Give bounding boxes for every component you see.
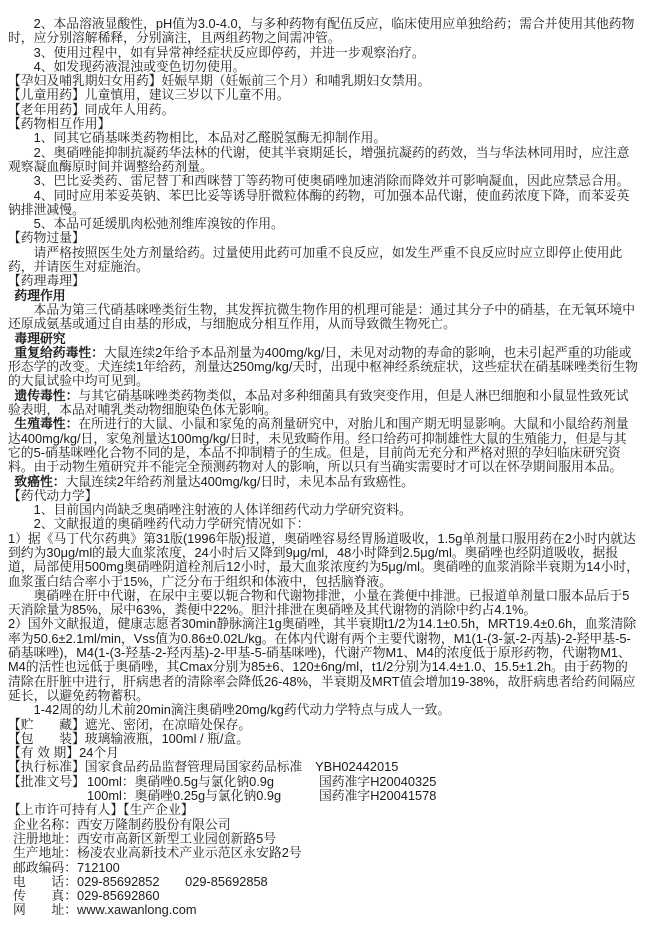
subhead-pharmacology: 药理作用 [8,289,639,303]
pk-item-1: 1、目前国内尚缺乏奥硝唑注射液的人体详细药代动力学研究资料。 [8,503,639,517]
section-pharmacokinetics: 【药代动力学】 [8,489,639,503]
company-name-line: 企业名称：西安万隆制药股份有限公司 [8,818,639,832]
section-children: 【儿童用药】儿童慎用，建议三岁以下儿童不用。 [8,88,639,102]
fax-line: 传 真：029-85692860 [8,889,639,903]
toxicity-genetic-label: 遗传毒性： [14,388,78,403]
approval-row-2: 100ml：奥硝唑0.25g与氯化钠0.9g国药准字H20041578 [8,789,639,803]
section-overdose: 【药物过量】 [8,231,639,245]
toxicity-genetic-text: 与其它硝基咪唑类药物类似，本品对多种细菌具有致突变作用，但是人淋巴细胞和小鼠显性… [8,388,629,417]
approval-row-1: 【批准文号】100ml：奥硝唑0.5g与氯化钠0.9g国药准字H20040325 [8,775,639,789]
interaction-item-5: 5、本品可延缓肌肉松弛剂维库溴铵的作用。 [8,217,639,231]
postcode-line: 邮政编码：712100 [8,861,639,875]
precaution-item-4: 4、如发现药液混浊或变色切勿使用。 [8,60,639,74]
section-drug-interactions: 【药物相互作用】 [8,117,639,131]
approval-spec: 100ml：奥硝唑0.25g与氯化钠0.9g [87,789,319,803]
pk-item-2: 2、文献报道的奥硝唑药代动力学研究情况如下： [8,517,639,531]
approval-label: 【批准文号】 [8,775,87,789]
toxicity-repeated-dose: 重复给药毒性：大鼠连续2年给予本品剂量为400mg/kg/日，未见对动物的寿命的… [8,346,639,389]
toxicity-reproductive-label: 生殖毒性： [14,416,78,431]
precaution-item-2: 2、本品溶液显酸性，pH值为3.0-4.0，与多种药物有配伍反应，临床使用应单独… [8,17,639,46]
section-pharmacology-toxicology: 【药理毒理】 [8,274,639,288]
validity-line: 【有 效 期】24个月 [8,746,639,760]
toxicity-repeated-dose-label: 重复给药毒性： [14,345,104,360]
interaction-item-2: 2、奥硝唑能抑制抗凝药华法林的代谢，使其半衰期延长，增强抗凝药的药效，当与华法林… [8,146,639,175]
approval-number: 国药准字H20040325 [319,775,639,789]
interaction-item-3: 3、巴比妥类药、雷尼替丁和西咪替丁等药物可使奥硝唑加速消除而降效并可影响凝血，因… [8,174,639,188]
subhead-toxicology: 毒理研究 [8,332,639,346]
pk-children-text: 1-42周的幼儿术前20min滴注奥硝唑20mg/kg药代动力学特点与成人一致。 [8,703,639,717]
website-line: 网 址：www.xawanlong.com [8,903,639,917]
registered-address-line: 注册地址：西安市高新区新型工业园创新路5号 [8,832,639,846]
pharmacology-text: 本品为第三代硝基咪唑类衍生物，其发挥抗微生物作用的机理可能是：通过其分子中的硝基… [8,303,639,332]
toxicity-genetic: 遗传毒性：与其它硝基咪唑类药物类似，本品对多种细菌具有致突变作用，但是人淋巴细胞… [8,389,639,418]
storage-line: 【贮 藏】遮光、密闭，在凉暗处保存。 [8,718,639,732]
package-line: 【包 装】玻璃输液瓶，100ml / 瓶/盒。 [8,732,639,746]
toxicity-reproductive-text: 在所进行的大鼠、小鼠和家兔的高剂量研究中，对胎儿和围产期无明显影响。大鼠和小鼠给… [8,416,629,474]
toxicity-carcinogenic-label: 致癌性： [14,474,65,489]
section-pregnancy-nursing: 【孕妇及哺乳期妇女用药】妊娠早期（妊娠前三个月）和哺乳期妇女禁用。 [8,74,639,88]
toxicity-carcinogenic: 致癌性：大鼠连续2年给药剂量达400mg/kg/日时，未见本品有致癌性。 [8,475,639,489]
pk-reference-2: 2）国外文献报道，健康志愿者30min静脉滴注1g奥硝唑，其半衰期t1/2为14… [8,617,639,703]
approval-spec: 100ml：奥硝唑0.5g与氯化钠0.9g [87,775,319,789]
toxicity-reproductive: 生殖毒性：在所进行的大鼠、小鼠和家兔的高剂量研究中，对胎儿和围产期无明显影响。大… [8,417,639,474]
overdose-text: 请严格按照医生处方剂量给药。过量使用此药可加重不良反应，如发生严重不良反应时应立… [8,246,639,275]
standard-line: 【执行标准】国家食品药品监督管理局国家药品标准 YBH02442015 [8,760,639,774]
pk-reference-1: 1）据《马丁代尔药典》第31版(1996年版)报道，奥硝唑容易经胃肠道吸收，1.… [8,532,639,589]
interaction-item-4: 4、同时应用苯妥英钠、苯巴比妥等诱导肝微粒体酶的药物，可加强本品代谢，使血药浓度… [8,189,639,218]
production-address-line: 生产地址：杨凌农业高新技术产业示范区永安路2号 [8,846,639,860]
section-elderly: 【老年用药】同成年人用药。 [8,103,639,117]
holder-manufacturer-line: 【上市许可持有人】【生产企业】 [8,803,639,817]
precaution-item-3: 3、使用过程中，如有异常神经症状反应即停药，并进一步观察治疗。 [8,46,639,60]
toxicity-carcinogenic-text: 大鼠连续2年给药剂量达400mg/kg/日时，未见本品有致癌性。 [66,474,414,489]
interaction-item-1: 1、同其它硝基咪类药物相比，本品对乙醛脱氢酶无抑制作用。 [8,131,639,145]
pk-metabolism-text: 奥硝唑在肝中代谢，在尿中主要以轭合物和代谢物排泄，小量在粪便中排泄。已报道单剂量… [8,589,639,618]
document-body: 2、本品溶液显酸性，pH值为3.0-4.0，与多种药物有配伍反应，临床使用应单独… [8,17,639,918]
phone-line: 电 话：029-85692852 029-85692858 [8,875,639,889]
document-page: 2、本品溶液显酸性，pH值为3.0-4.0，与多种药物有配伍反应，临床使用应单独… [0,0,647,948]
approval-number: 国药准字H20041578 [319,789,639,803]
